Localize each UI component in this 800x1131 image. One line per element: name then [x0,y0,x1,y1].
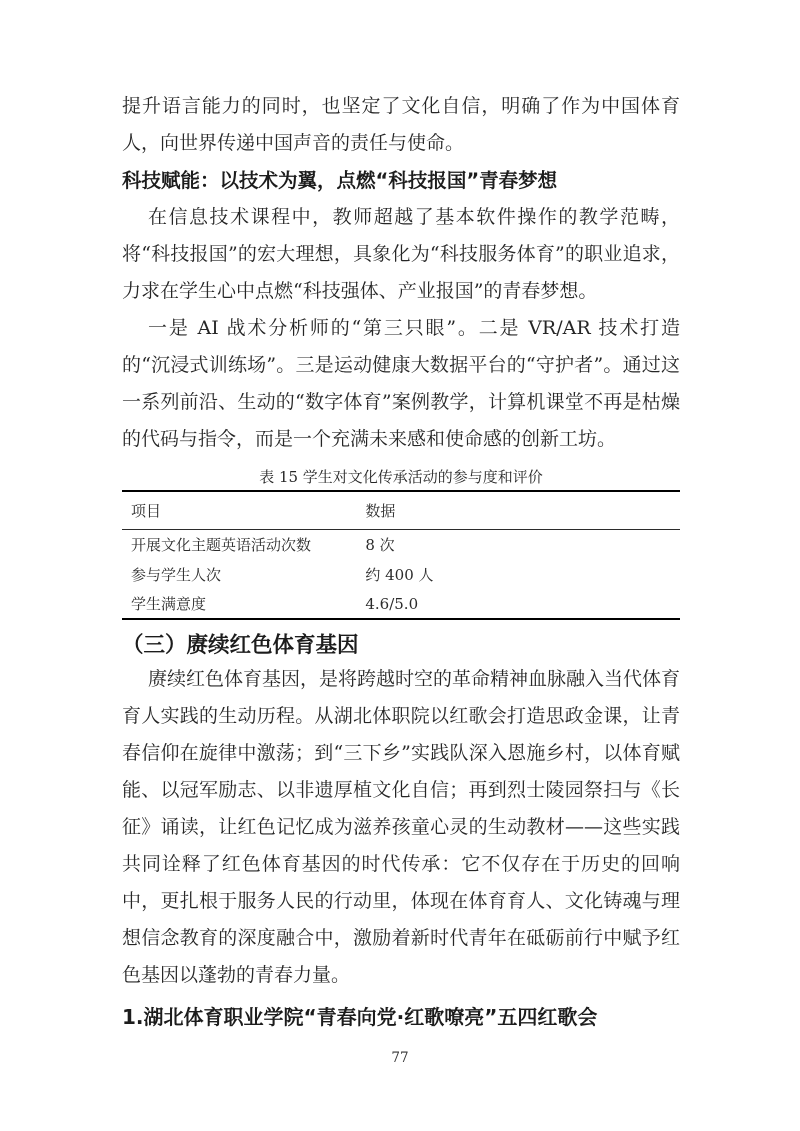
table-cell-value: 4.6/5.0 [356,589,680,619]
paragraph-tech-1: 在信息技术课程中，教师超越了基本软件操作的教学范畴，将“科技报国”的宏大理想，具… [122,199,680,310]
paragraph-tech-2: 一是 AI 战术分析师的“第三只眼”。二是 VR/AR 技术打造的“沉浸式训练场… [122,310,680,458]
table-row: 参与学生人次 约 400 人 [122,559,680,589]
table-header-row: 项目 数据 [122,491,680,529]
table-cell-label: 开展文化主题英语活动次数 [122,529,356,559]
paragraph-continuation: 提升语言能力的同时，也坚定了文化自信，明确了作为中国体育人，向世界传递中国声音的… [122,88,680,162]
paragraph-red-gene: 赓续红色体育基因，是将跨越时空的革命精神血脉融入当代体育育人实践的生动历程。从湖… [122,661,680,994]
table-cell-value: 8 次 [356,529,680,559]
heading-tech-empowerment: 科技赋能：以技术为翼，点燃“科技报国”青春梦想 [122,162,680,199]
heading-red-sports-gene: （三）赓续红色体育基因 [122,631,680,661]
table-cell-label: 学生满意度 [122,589,356,619]
table-cell-value: 约 400 人 [356,559,680,589]
heading-red-song-event: 1.湖北体育职业学院“青春向党·红歌嘹亮”五四红歌会 [122,999,680,1036]
page-number: 77 [0,1050,800,1066]
participation-table: 项目 数据 开展文化主题英语活动次数 8 次 参与学生人次 约 400 人 学生… [122,490,680,620]
table-header-data: 数据 [356,491,680,529]
table-header-item: 项目 [122,491,356,529]
document-page: 提升语言能力的同时，也坚定了文化自信，明确了作为中国体育人，向世界传递中国声音的… [0,0,800,1131]
table-row: 学生满意度 4.6/5.0 [122,589,680,619]
table-row: 开展文化主题英语活动次数 8 次 [122,529,680,559]
table-caption: 表 15 学生对文化传承活动的参与度和评价 [122,464,680,490]
table-cell-label: 参与学生人次 [122,559,356,589]
